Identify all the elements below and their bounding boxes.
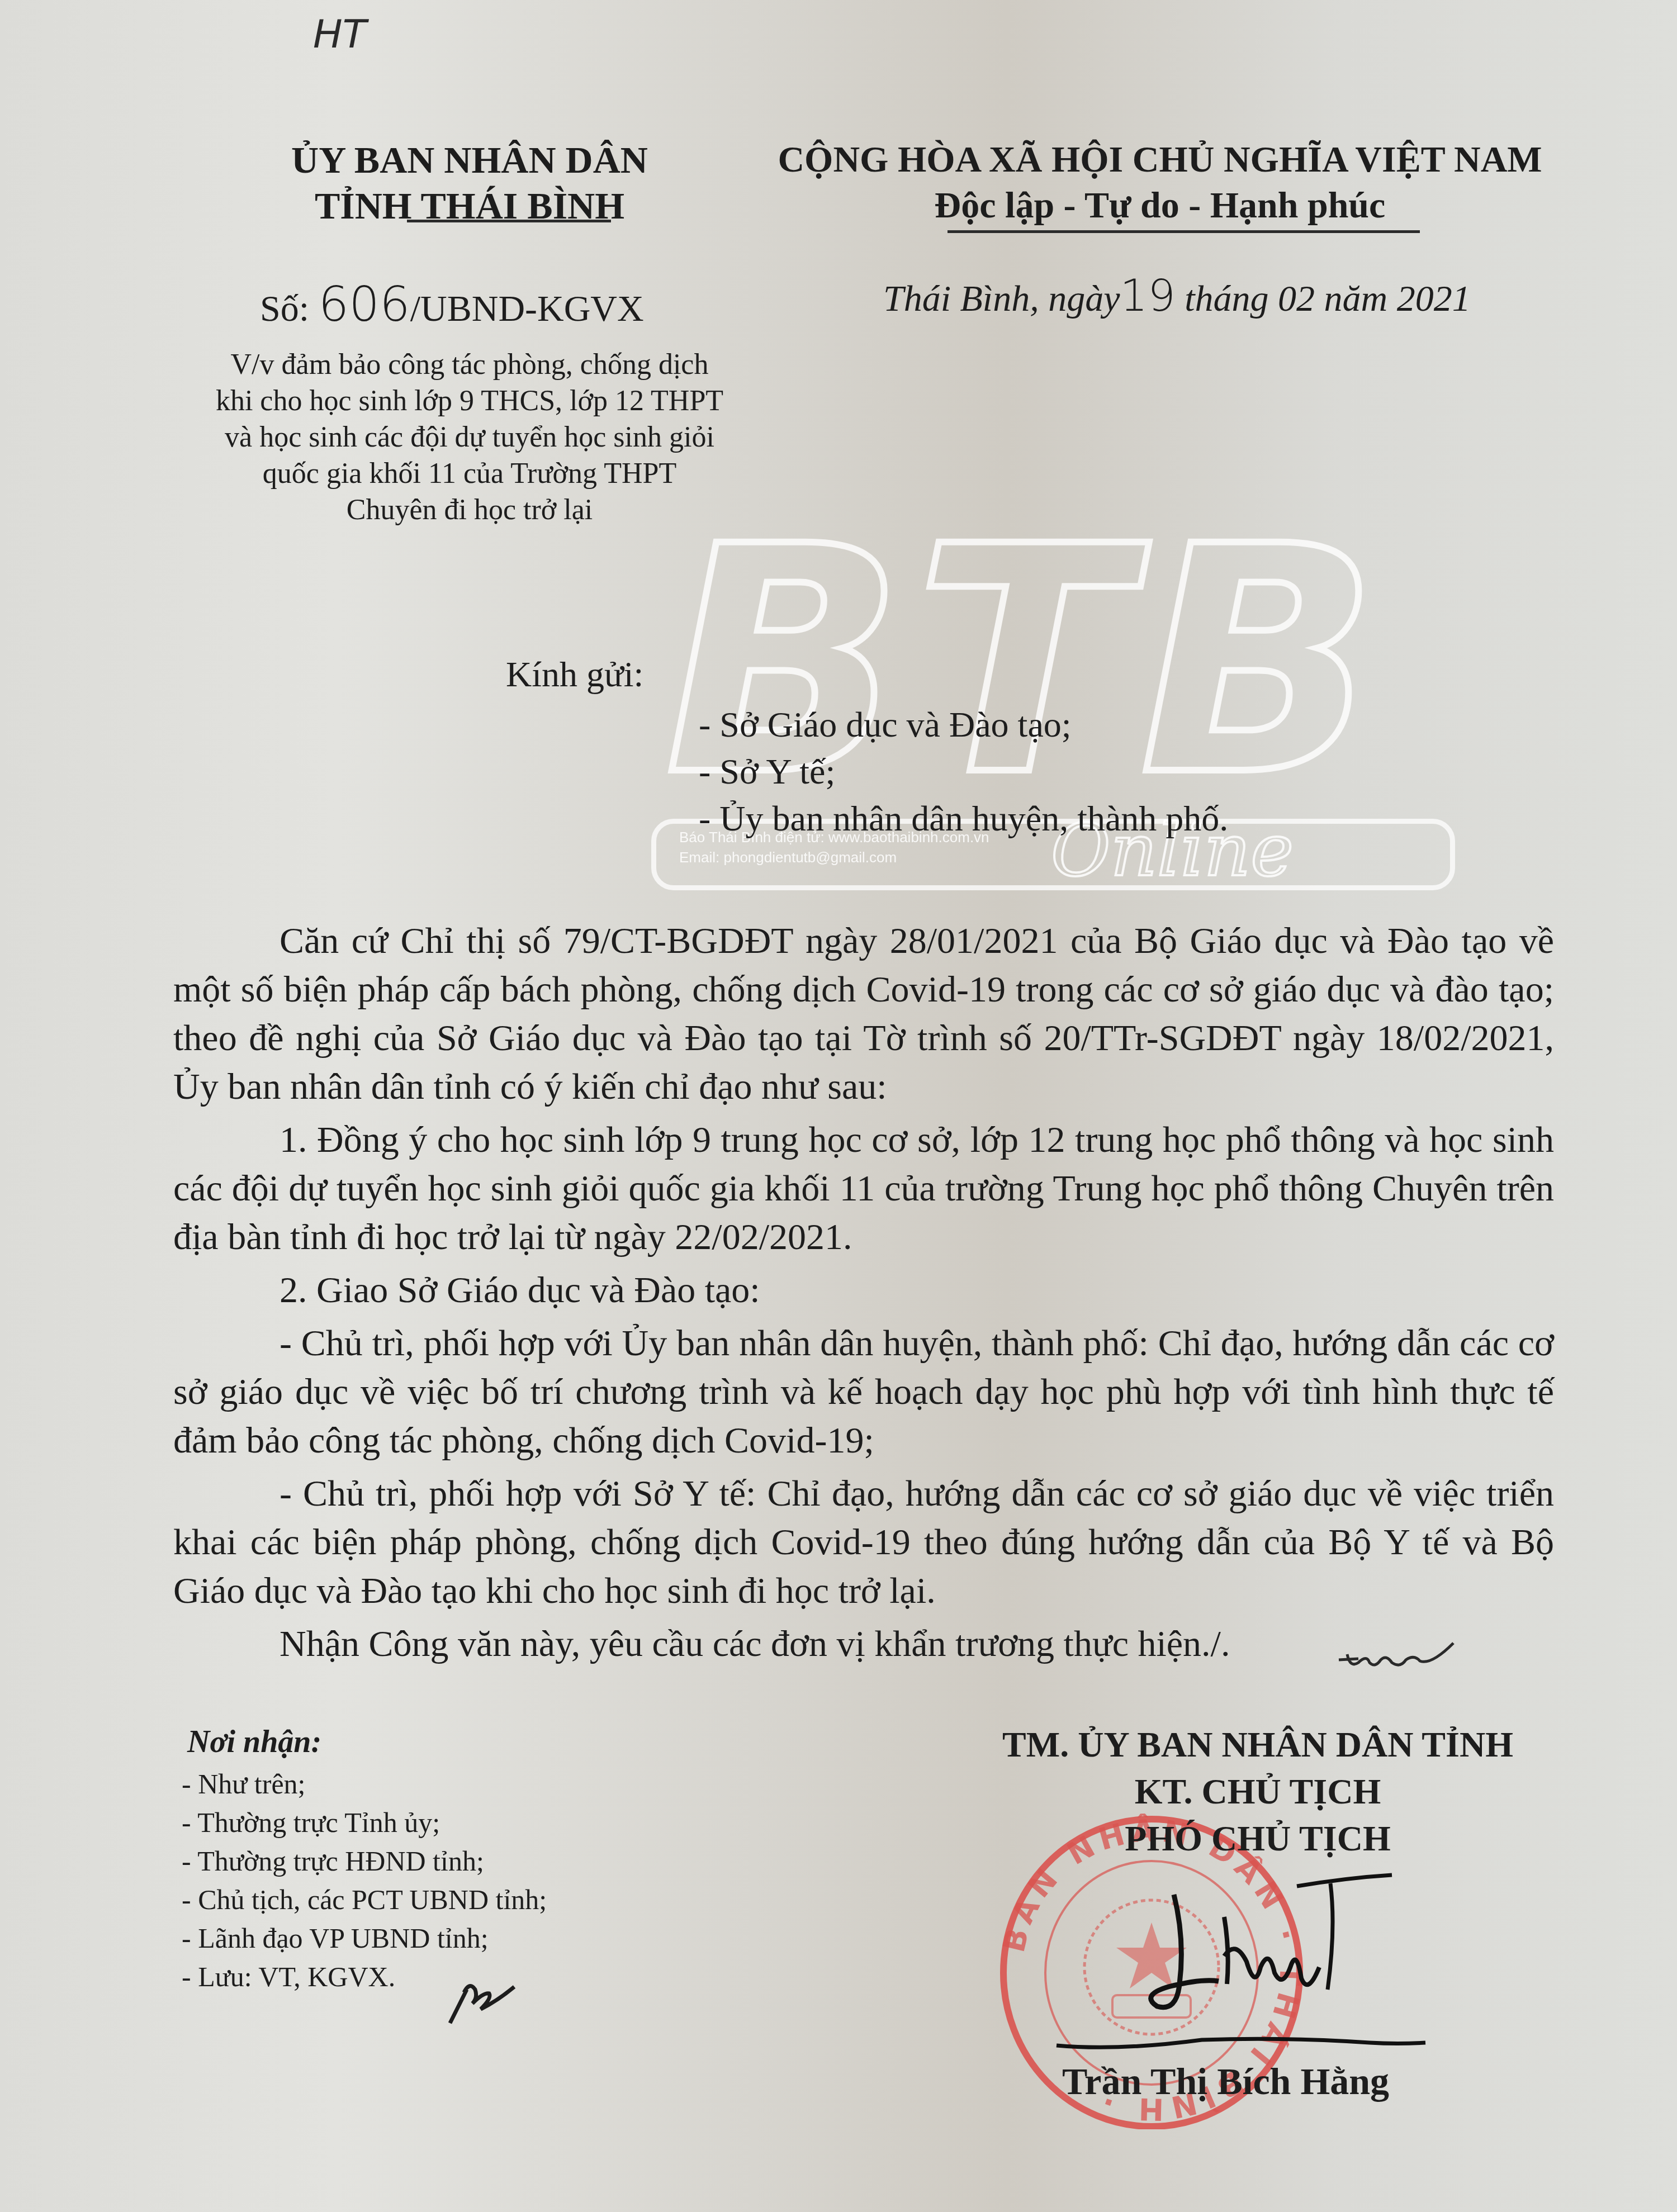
document-date: Thái Bình, ngày19 tháng 02 năm 2021 [883, 271, 1471, 321]
recipient-item: - Ủy ban nhân dân huyện, thành phố. [699, 795, 1228, 842]
signature-title-line2: KT. CHỦ TỊCH [950, 1768, 1565, 1815]
distribution-item: - Thường trực Tỉnh ủy; [182, 1803, 547, 1842]
handwritten-initial-mark [436, 1959, 520, 2026]
handwritten-signature [1034, 1827, 1537, 2068]
distribution-item: - Lãnh đạo VP UBND tỉnh; [182, 1919, 547, 1958]
subject-line: V/v đảm bảo công tác phòng, chống dịch [168, 346, 771, 383]
recipients-list: - Sở Giáo dục và Đào tạo; - Sở Y tế; - Ủ… [699, 701, 1228, 842]
national-header: CỘNG HÒA XÃ HỘI CHỦ NGHĨA VIỆT NAM Độc l… [771, 137, 1548, 229]
signature-title-line1: TM. ỦY BAN NHÂN DÂN TỈNH [950, 1721, 1565, 1768]
subject-line: khi cho học sinh lớp 9 THCS, lớp 12 THPT [168, 383, 771, 419]
recipient-item: - Sở Y tế; [699, 748, 1228, 795]
nation-line1: CỘNG HÒA XÃ HỘI CHỦ NGHĨA VIỆT NAM [771, 137, 1548, 183]
document-number: Số: 606/UBND-KGVX [260, 277, 644, 333]
document-number-value: 606 [319, 277, 410, 333]
motto-underline [948, 230, 1420, 233]
subject-line: và học sinh các đội dự tuyển học sinh gi… [168, 419, 771, 455]
body-paragraph: Căn cứ Chỉ thị số 79/CT-BGDĐT ngày 28/01… [173, 917, 1554, 1111]
body-paragraph: - Chủ trì, phối hợp với Ủy ban nhân dân … [173, 1319, 1554, 1465]
body-paragraph: 1. Đồng ý cho học sinh lớp 9 trung học c… [173, 1116, 1554, 1261]
handwritten-initials [1336, 1637, 1459, 1677]
body-paragraph: 2. Giao Sở Giáo dục và Đào tạo: [173, 1266, 1554, 1314]
distribution-item: - Thường trực HĐND tỉnh; [182, 1842, 547, 1881]
date-day: 19 [1120, 271, 1176, 321]
issuer-line1: ỦY BAN NHÂN DÂN [246, 137, 693, 183]
distribution-label: Nơi nhận: [187, 1724, 321, 1760]
recipient-item: - Sở Giáo dục và Đào tạo; [699, 701, 1228, 748]
signer-name: Trần Thị Bích Hằng [1062, 2059, 1389, 2104]
document-body: Căn cứ Chỉ thị số 79/CT-BGDĐT ngày 28/01… [173, 917, 1554, 1668]
body-paragraph: - Chủ trì, phối hợp với Sở Y tế: Chỉ đạo… [173, 1469, 1554, 1615]
issuer-underline [407, 220, 611, 222]
issuer-header: ỦY BAN NHÂN DÂN TỈNH THÁI BÌNH [246, 137, 693, 229]
distribution-item: - Như trên; [182, 1765, 547, 1803]
nation-motto: Độc lập - Tự do - Hạnh phúc [771, 183, 1548, 229]
recipients-label: Kính gửi: [506, 654, 643, 695]
handwritten-note: HT [313, 11, 366, 57]
distribution-item: - Chủ tịch, các PCT UBND tỉnh; [182, 1881, 547, 1919]
